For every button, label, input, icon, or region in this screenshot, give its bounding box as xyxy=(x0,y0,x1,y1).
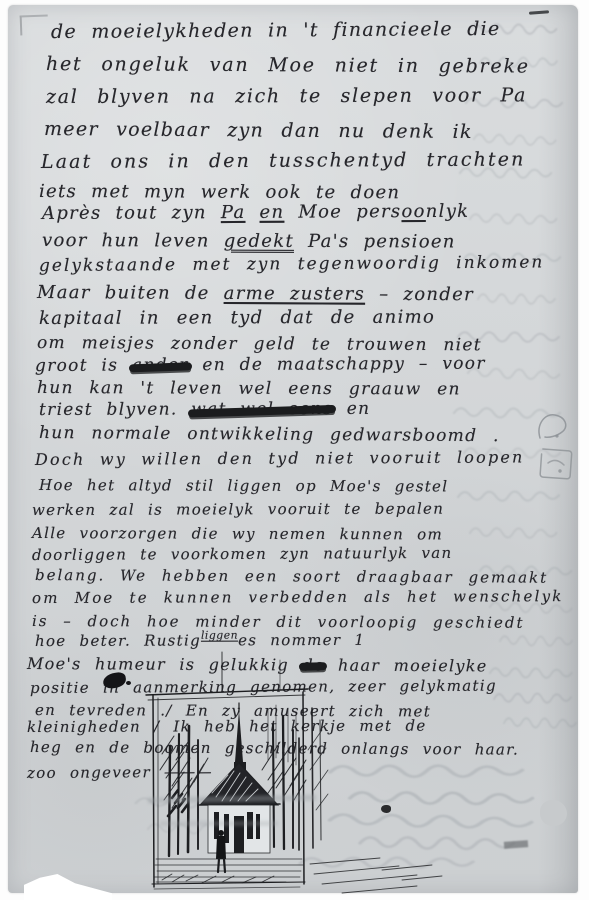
ink-speck xyxy=(381,805,391,813)
scanned-letter-page: de moeielykheden in 't financieele diehe… xyxy=(0,0,589,900)
corner-mark xyxy=(20,15,49,36)
pencil-box-mark xyxy=(540,449,572,479)
pencil-annotations xyxy=(8,5,578,893)
paper-stain xyxy=(540,800,567,826)
graphite-smudge xyxy=(160,821,278,826)
ink-blot-satellite xyxy=(126,681,131,685)
letter-paper: de moeielykheden in 't financieele diehe… xyxy=(8,5,578,893)
pencil-loop-mark xyxy=(539,415,566,438)
